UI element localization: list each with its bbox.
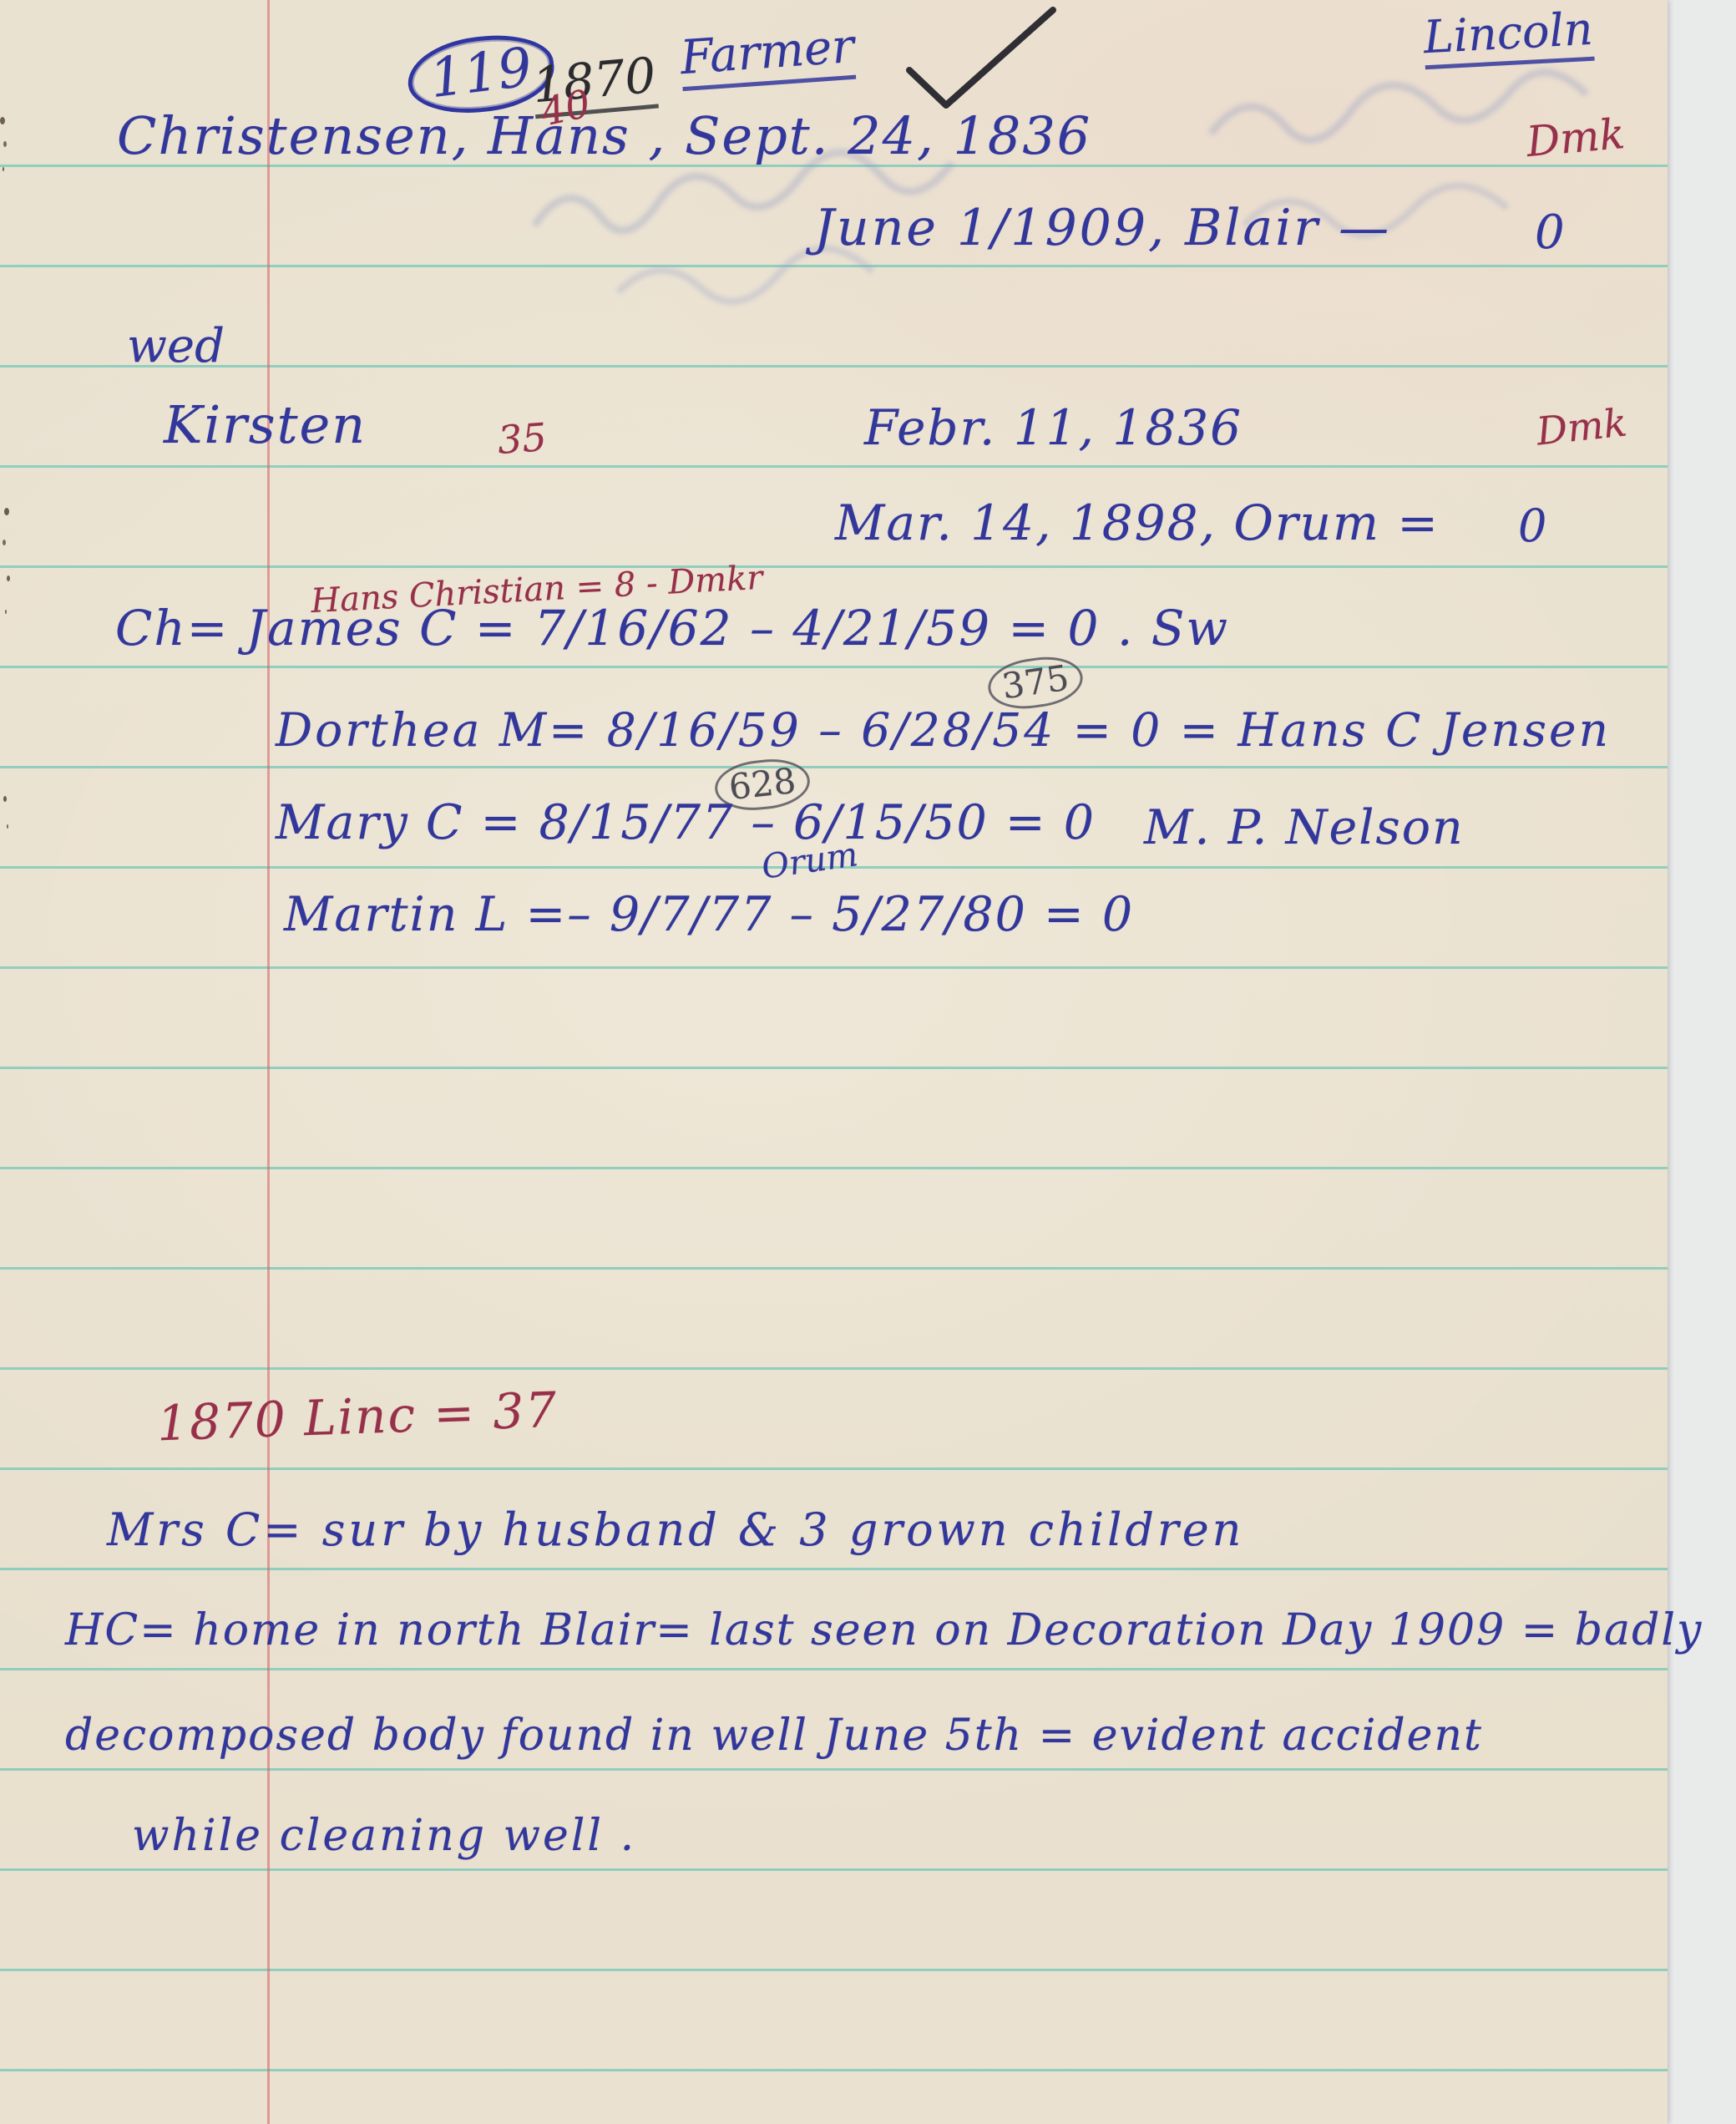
child-dorthea-line: Dorthea M= 8/16/59 – 6/28/54 = 0 = Hans … <box>276 703 1611 757</box>
checkmark-icon <box>898 2 1065 119</box>
child-martin-line: Martin L =– 9/7/77 – 5/27/80 = 0 <box>284 887 1134 942</box>
note-body-found: decomposed body found in well June 5th =… <box>65 1711 1483 1761</box>
occupation: Farmer <box>679 19 857 91</box>
child-mary-spouse: M. P. Nelson <box>1144 800 1465 855</box>
ruled-lines <box>0 67 1668 2105</box>
torn-edge-specks <box>0 117 5 124</box>
wife-death-count: 0 <box>1518 499 1546 552</box>
wife-birth-date: Febr. 11, 1836 <box>864 399 1243 456</box>
wed-label: wed <box>127 319 225 373</box>
county: Lincoln <box>1422 3 1594 70</box>
death-count: 0 <box>1535 205 1565 260</box>
note-survivors: Mrs C= sur by husband & 3 grown children <box>107 1503 1244 1556</box>
death-line: June 1/1909, Blair — <box>814 199 1391 257</box>
origin-note-husband: Dmk <box>1525 109 1627 166</box>
child-james-line: Ch= James C = 7/16/62 – 4/21/59 = 0 . Sw <box>115 600 1229 656</box>
scanned-notebook-page: 119 1870 40 Farmer Lincoln Christensen, … <box>0 0 1736 2124</box>
margin-line <box>267 0 270 2124</box>
note-cleaning-well: while cleaning well . <box>132 1811 636 1861</box>
note-last-seen: HC= home in north Blair= last seen on De… <box>65 1605 1703 1655</box>
child-mary-line: Mary C = 8/15/77 – 6/15/50 = 0 <box>276 795 1096 850</box>
name-birth-line: Christensen, Hans , Sept. 24, 1836 <box>117 105 1091 166</box>
wife-origin-note: Dmk <box>1534 399 1628 454</box>
wife-age: 35 <box>496 414 548 463</box>
wife-death-line: Mar. 14, 1898, Orum = <box>835 494 1440 551</box>
wife-name: Kirsten <box>164 394 367 455</box>
